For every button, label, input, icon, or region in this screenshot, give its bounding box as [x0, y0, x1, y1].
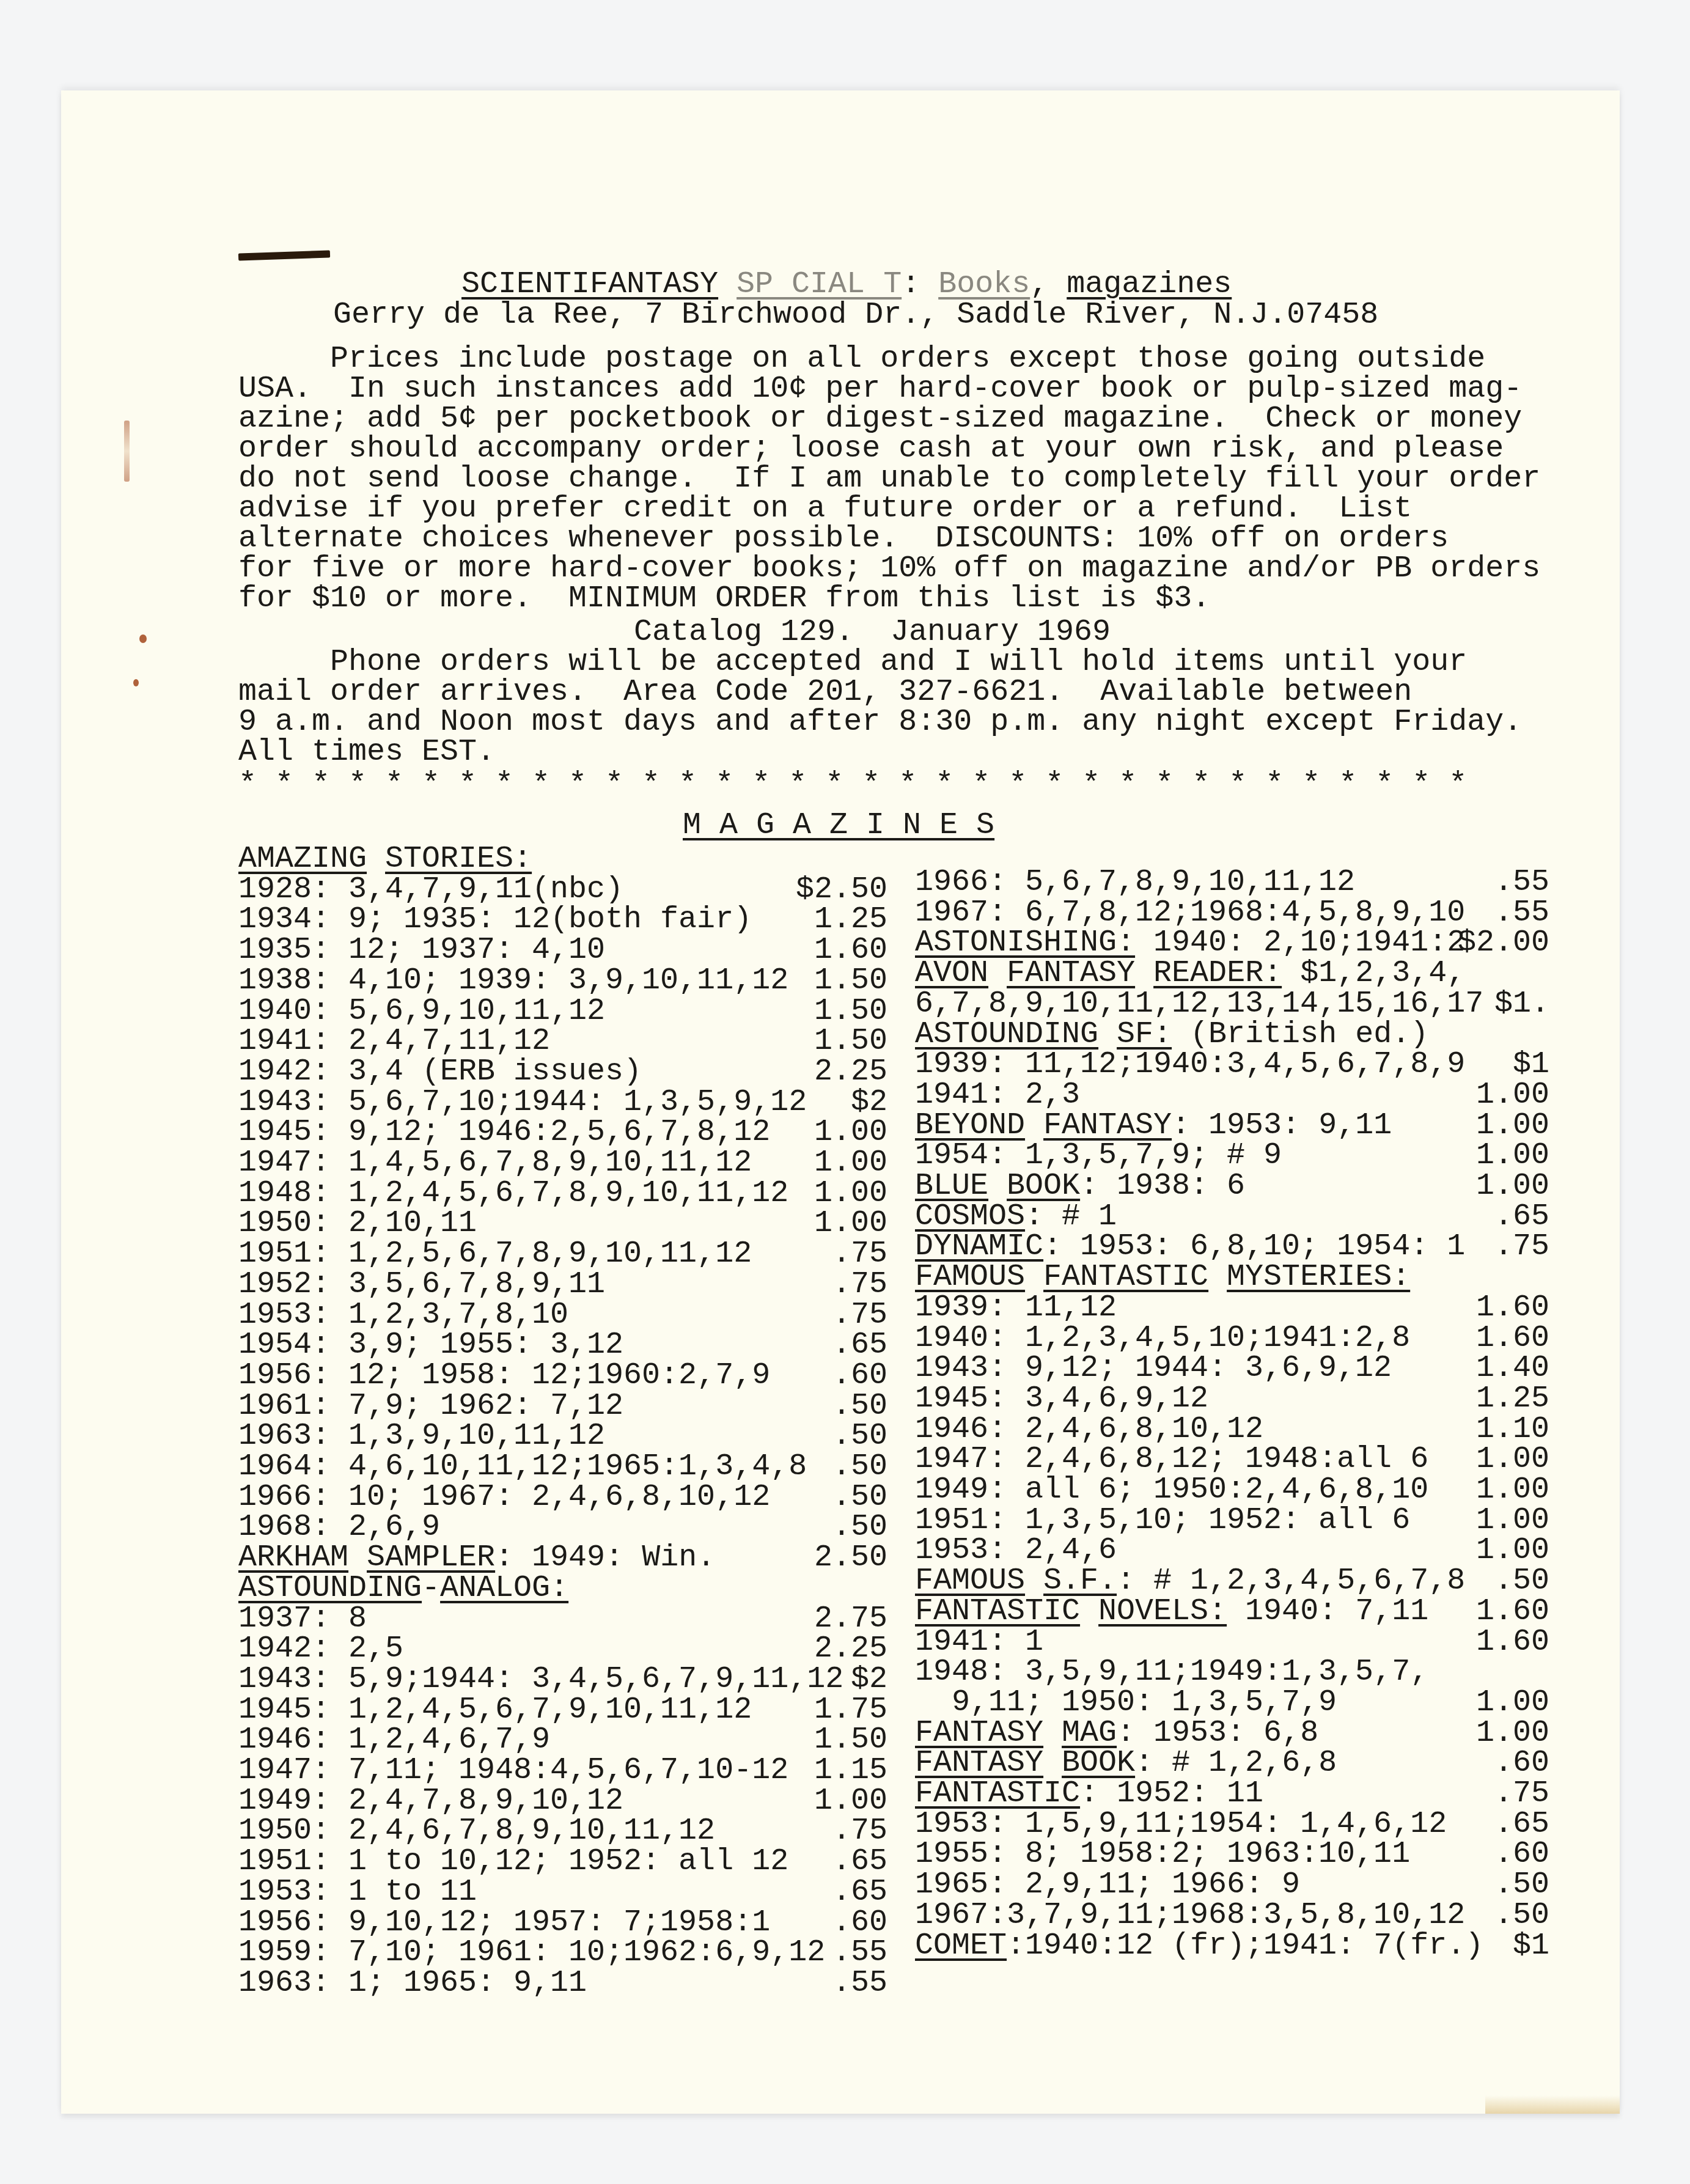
magazine-title: BLUE BOOK: 1938: 6 — [915, 1171, 1245, 1202]
title-segment — [718, 267, 737, 302]
magazine-title: FANTASY MAG: 1953: 6,8 — [915, 1718, 1318, 1749]
title-part — [367, 842, 385, 877]
price: 1.00 — [1476, 1079, 1549, 1111]
title-part — [1025, 1564, 1043, 1598]
issue-row: 1937: 8 — [238, 1603, 367, 1635]
issue-row: 1956: 9,10,12; 1957: 7;1958:1 — [238, 1907, 770, 1939]
price: .55 — [832, 1968, 887, 1999]
issue-row: 1953: 2,4,6 — [915, 1535, 1117, 1567]
price: 1.60 — [814, 935, 887, 966]
issue-row: 1954: 3,9; 1955: 3,12 — [238, 1329, 623, 1361]
title-part: ARKHAM — [238, 1540, 348, 1575]
title-part: FANTASY — [1007, 956, 1135, 991]
price: 1.25 — [814, 904, 887, 936]
title-part: 1940: 7,11 — [1227, 1594, 1428, 1629]
price: .50 — [832, 1482, 887, 1513]
issue-row: 1967: 6,7,8,12;1968:4,5,8,9,10 — [915, 897, 1465, 929]
title-part — [1080, 1594, 1098, 1629]
issue-row: 1968: 2,6,9 — [238, 1512, 440, 1543]
price: 2.25 — [814, 1633, 887, 1665]
magazine-title: FANTASY BOOK: # 1,2,6,8 — [915, 1748, 1337, 1779]
magazine-title: AMAZING STORIES: — [238, 844, 532, 875]
title-part — [1208, 1260, 1227, 1295]
issue-row: 1945: 1,2,4,5,6,7,9,10,11,12 — [238, 1694, 752, 1726]
paragraph-line: order should accompany order; loose cash… — [238, 433, 1504, 465]
price: .50 — [832, 1421, 887, 1452]
price: $2.00 — [1458, 927, 1549, 959]
magazine-title: ASTOUNDING-ANALOG: — [238, 1573, 568, 1605]
title-segment: Books — [938, 267, 1030, 302]
title-part: : # 1,2,3,4,5,6,7,8 — [1117, 1564, 1465, 1598]
price: 1.15 — [814, 1755, 887, 1787]
issue-row: 1943: 5,6,7,10;1944: 1,3,5,9,12 — [238, 1087, 807, 1119]
title-part: STORIES: — [385, 842, 532, 877]
issue-row: 1965: 2,9,11; 1966: 9 — [915, 1869, 1300, 1901]
title-part: AMAZING — [238, 842, 367, 877]
title-part: : # 1,2,6,8 — [1135, 1746, 1337, 1781]
price: 2.75 — [814, 1603, 887, 1635]
title-part: FANTASY — [915, 1746, 1043, 1781]
price: .75 — [832, 1269, 887, 1301]
paragraph-line: 9 a.m. and Noon most days and after 8:30… — [238, 707, 1522, 738]
issue-row: 1951: 1,3,5,10; 1952: all 6 — [915, 1505, 1410, 1537]
issue-row: 1947: 1,4,5,6,7,8,9,10,11,12 — [238, 1147, 752, 1179]
price: .65 — [1494, 1201, 1549, 1233]
issue-row: 1948: 1,2,4,5,6,7,8,9,10,11,12 — [238, 1178, 788, 1210]
title-part — [1043, 1716, 1062, 1751]
title-part: : 1953: 6,8 — [1117, 1716, 1318, 1751]
issue-row: 9,11; 1950: 1,3,5,7,9 — [915, 1687, 1337, 1719]
price: 1.00 — [1476, 1687, 1549, 1719]
title-part: ASTONISHING: — [915, 925, 1135, 960]
title-part: FANTASY — [915, 1716, 1043, 1751]
issue-row: 1950: 2,4,6,7,8,9,10,11,12 — [238, 1815, 715, 1847]
title-part: ASTOUNDING — [238, 1571, 422, 1606]
paragraph-line: for five or more hard-cover books; 10% o… — [238, 553, 1540, 585]
price: .50 — [832, 1451, 887, 1483]
price: .75 — [1494, 1231, 1549, 1263]
price: 1.00 — [814, 1178, 887, 1210]
issue-row: 1947: 2,4,6,8,12; 1948:all 6 — [915, 1444, 1428, 1476]
price: 1.00 — [1476, 1140, 1549, 1172]
title-part: COSMOS — [915, 1199, 1025, 1234]
title-part: FANTASY — [1043, 1108, 1172, 1143]
issue-row: 1951: 1,2,5,6,7,8,9,10,11,12 — [238, 1238, 752, 1270]
title-part — [348, 1540, 367, 1575]
title-part: MAG — [1062, 1716, 1117, 1751]
issue-row: 1942: 3,4 (ERB issues) — [238, 1056, 642, 1088]
title-part: FANTASTIC — [915, 1594, 1080, 1629]
issue-row: 6,7,8,9,10,11,12,13,14,15,16,17 — [915, 988, 1483, 1020]
issue-row: 1951: 1 to 10,12; 1952: all 12 — [238, 1846, 788, 1878]
paragraph-line: for $10 or more. MINIMUM ORDER from this… — [238, 583, 1210, 615]
price: .75 — [1494, 1778, 1549, 1810]
rust-stain — [133, 679, 139, 686]
price: 1.75 — [814, 1694, 887, 1726]
price: 1.00 — [814, 1147, 887, 1179]
title-part — [1025, 1260, 1043, 1295]
price: .75 — [832, 1815, 887, 1847]
title-part: MYSTERIES: — [1227, 1260, 1410, 1295]
issue-row: 1949: all 6; 1950:2,4,6,8,10 — [915, 1474, 1428, 1506]
paragraph-line: advise if you prefer credit on a future … — [238, 493, 1412, 525]
issue-row: 1945: 9,12; 1946:2,5,6,7,8,12 — [238, 1117, 770, 1149]
price: 1.60 — [1476, 1627, 1549, 1658]
title-part: - — [422, 1571, 440, 1606]
issue-row: 1941: 2,4,7,11,12 — [238, 1026, 550, 1057]
price: .60 — [832, 1360, 887, 1392]
price: 1.00 — [814, 1785, 887, 1817]
issue-row: 1942: 2,5 — [238, 1633, 403, 1665]
price: 1.00 — [1476, 1474, 1549, 1506]
price: .75 — [832, 1300, 887, 1331]
title-part: : 1953: 9,11 — [1172, 1108, 1392, 1143]
issue-row: 1947: 7,11; 1948:4,5,6,7,10-12 — [238, 1755, 788, 1787]
magazine-title: BEYOND FANTASY: 1953: 9,11 — [915, 1110, 1392, 1142]
price: 1.00 — [1476, 1505, 1549, 1537]
price: $1 — [1513, 1930, 1549, 1962]
price: .75 — [832, 1238, 887, 1270]
margin-dash-mark — [238, 250, 330, 260]
price: .55 — [1494, 867, 1549, 899]
issue-row: 1961: 7,9; 1962: 7,12 — [238, 1391, 623, 1422]
title-part: ANALOG: — [440, 1571, 568, 1606]
price: 1.60 — [1476, 1292, 1549, 1324]
title-part: BEYOND — [915, 1108, 1025, 1143]
title-segment: SCIENTIFANTASY — [461, 267, 718, 302]
issue-row: 1948: 3,5,9,11;1949:1,3,5,7, — [915, 1656, 1428, 1688]
title-part: : 1938: 6 — [1080, 1169, 1245, 1204]
issue-row: 1956: 12; 1958: 12;1960:2,7,9 — [238, 1360, 770, 1392]
price: .65 — [832, 1877, 887, 1908]
magazine-title: AVON FANTASY READER: $1,2,3,4, — [915, 958, 1465, 990]
issue-row: 1964: 4,6,10,11,12;1965:1,3,4,8 — [238, 1451, 807, 1483]
issue-row: 1963: 1; 1965: 9,11 — [238, 1968, 587, 1999]
paragraph-line: mail order arrives. Area Code 201, 327-6… — [238, 677, 1412, 708]
issue-row: 1946: 2,4,6,8,10,12 — [915, 1414, 1263, 1446]
issue-row: 1934: 9; 1935: 12(both fair) — [238, 904, 752, 936]
paragraph-line: Phone orders will be accepted and I will… — [238, 647, 1467, 678]
paragraph-line: USA. In such instances add 10¢ per hard-… — [238, 373, 1522, 405]
catalog-title: SCIENTIFANTASY SP CIAL T: Books, magazin… — [461, 269, 1232, 301]
magazine-title: FANTASTIC NOVELS: 1940: 7,11 — [915, 1596, 1428, 1628]
title-part — [1135, 956, 1153, 991]
magazine-title: FANTASTIC: 1952: 11 — [915, 1778, 1263, 1810]
title-part: READER: — [1153, 956, 1282, 991]
price: 1.00 — [814, 1208, 887, 1240]
issue-row: 1959: 7,10; 1961: 10;1962:6,9,12 — [238, 1937, 825, 1969]
title-part: : 1953: 6,8,10; 1954: 1 — [1043, 1229, 1465, 1264]
price: .50 — [1494, 1869, 1549, 1901]
title-part: : 1949: Win. — [495, 1540, 715, 1575]
issue-row: 1954: 1,3,5,7,9; # 9 — [915, 1140, 1282, 1172]
price: .50 — [1494, 1900, 1549, 1932]
issue-row: 1946: 1,2,4,6,7,9 — [238, 1724, 550, 1756]
price: 1.40 — [1476, 1353, 1549, 1384]
title-part: S.F. — [1043, 1564, 1117, 1598]
magazine-title: COSMOS: # 1 — [915, 1201, 1117, 1233]
issue-row: 1938: 4,10; 1939: 3,9,10,11,12 — [238, 965, 788, 997]
title-segment: SP CIAL T — [737, 267, 902, 302]
issue-row: 1953: 1,5,9,11;1954: 1,4,6,12 — [915, 1809, 1447, 1840]
paragraph-line: All times EST. — [238, 737, 495, 768]
price: $1 — [1513, 1049, 1549, 1081]
title-segment: magazines — [1067, 267, 1232, 302]
issue-row: 1966: 10; 1967: 2,4,6,8,10,12 — [238, 1482, 770, 1513]
catalog-number: Catalog 129. January 1969 — [634, 617, 1111, 649]
price: 1.00 — [1476, 1718, 1549, 1749]
address-line: Gerry de la Ree, 7 Birchwood Dr., Saddle… — [333, 300, 1378, 331]
title-part: FANTASTIC — [1043, 1260, 1208, 1295]
price: .60 — [832, 1907, 887, 1939]
price: $2 — [851, 1087, 887, 1119]
magazine-title: ASTOUNDING SF: (British ed.) — [915, 1019, 1428, 1051]
separator-stars: * * * * * * * * * * * * * * * * * * * * … — [238, 769, 1467, 801]
issue-row: 1967:3,7,9,11;1968:3,5,8,10,12 — [915, 1900, 1465, 1932]
title-part: BLUE — [915, 1169, 988, 1204]
magazine-title: DYNAMIC: 1953: 6,8,10; 1954: 1 — [915, 1231, 1465, 1263]
issue-row: 1928: 3,4,7,9,11(nbc) — [238, 874, 623, 906]
title-part: ASTOUNDING — [915, 1017, 1098, 1052]
paragraph-line: Prices include postage on all orders exc… — [238, 344, 1485, 375]
price: .50 — [832, 1512, 887, 1543]
price: 1.00 — [1476, 1535, 1549, 1567]
issue-row: 1940: 5,6,9,10,11,12 — [238, 996, 605, 1028]
price: 1.00 — [1476, 1444, 1549, 1476]
paragraph-line: azine; add 5¢ per pocketbook or digest-s… — [238, 403, 1522, 435]
price: 1.60 — [1476, 1323, 1549, 1355]
rust-stain — [139, 634, 147, 643]
price: $2.50 — [796, 874, 887, 906]
price: .60 — [1494, 1839, 1549, 1870]
issue-row: 1941: 2,3 — [915, 1079, 1080, 1111]
title-part — [1043, 1746, 1062, 1781]
price: 1.50 — [814, 996, 887, 1028]
title-segment: : — [902, 267, 938, 302]
price: .65 — [832, 1329, 887, 1361]
issue-row: 1953: 1 to 11 — [238, 1877, 477, 1908]
price: 2.25 — [814, 1056, 887, 1088]
issue-row: 1943: 5,9;1944: 3,4,5,6,7,9,11,12 — [238, 1664, 843, 1696]
title-part: SAMPLER — [367, 1540, 495, 1575]
magazine-title: FAMOUS FANTASTIC MYSTERIES: — [915, 1262, 1410, 1293]
issue-row: 1939: 11,12 — [915, 1292, 1117, 1324]
issue-row: 1941: 1 — [915, 1627, 1043, 1658]
price: 1.10 — [1476, 1414, 1549, 1446]
price: 1.60 — [1476, 1596, 1549, 1628]
price: 1.25 — [1476, 1383, 1549, 1415]
magazine-title: COMET:1940:12 (fr);1941: 7(fr.) — [915, 1930, 1483, 1962]
rust-stain — [124, 421, 130, 482]
price: .65 — [832, 1846, 887, 1878]
magazine-title: ASTONISHING: 1940: 2,10;1941:2 — [915, 927, 1465, 959]
title-part: BOOK — [1062, 1746, 1135, 1781]
price: .50 — [1494, 1565, 1549, 1597]
magazine-title: ARKHAM SAMPLER: 1949: Win. — [238, 1542, 715, 1574]
title-part: $1,2,3,4, — [1282, 956, 1465, 991]
price: 1.50 — [814, 1026, 887, 1057]
price: 1.00 — [814, 1117, 887, 1149]
title-part: COMET — [915, 1928, 1007, 1963]
title-part: FANTASTIC — [915, 1776, 1080, 1811]
title-part: BOOK — [1007, 1169, 1080, 1204]
title-part — [988, 956, 1007, 991]
issue-row: 1943: 9,12; 1944: 3,6,9,12 — [915, 1353, 1392, 1384]
title-part: SF: — [1117, 1017, 1172, 1052]
title-part: DYNAMIC — [915, 1229, 1043, 1264]
price: 2.50 — [814, 1542, 887, 1574]
title-part: FAMOUS — [915, 1564, 1025, 1598]
issue-row: 1939: 11,12;1940:3,4,5,6,7,8,9 — [915, 1049, 1465, 1081]
title-part: AVON — [915, 956, 988, 991]
paragraph-line: alternate choices whenever possible. DIS… — [238, 523, 1449, 555]
title-part: FAMOUS — [915, 1260, 1025, 1295]
magazine-title: FAMOUS S.F.: # 1,2,3,4,5,6,7,8 — [915, 1565, 1465, 1597]
title-part: : # 1 — [1025, 1199, 1117, 1234]
issue-row: 1952: 3,5,6,7,8,9,11 — [238, 1269, 605, 1301]
issue-row: 1953: 1,2,3,7,8,10 — [238, 1300, 568, 1331]
title-part: : 1952: 11 — [1080, 1776, 1263, 1811]
title-part — [988, 1169, 1007, 1204]
title-segment: , — [1030, 267, 1067, 302]
price: 1.00 — [1476, 1110, 1549, 1142]
section-heading-magazines: M A G A Z I N E S — [683, 810, 994, 842]
price: $2 — [851, 1664, 887, 1696]
title-part — [1025, 1108, 1043, 1143]
price: 1.00 — [1476, 1171, 1549, 1202]
issue-row: 1950: 2,10,11 — [238, 1208, 477, 1240]
price: .65 — [1494, 1809, 1549, 1840]
paragraph-line: do not send loose change. If I am unable… — [238, 463, 1540, 495]
issue-row: 1935: 12; 1937: 4,10 — [238, 935, 605, 966]
issue-row: 1945: 3,4,6,9,12 — [915, 1383, 1208, 1415]
title-part: :1940:12 (fr);1941: 7(fr.) — [1007, 1928, 1483, 1963]
price: .60 — [1494, 1748, 1549, 1779]
title-part — [1098, 1017, 1117, 1052]
price: .55 — [832, 1937, 887, 1969]
title-part: NOVELS: — [1098, 1594, 1227, 1629]
price: $1. — [1494, 988, 1549, 1020]
title-part: (British ed.) — [1172, 1017, 1428, 1052]
price: 1.50 — [814, 1724, 887, 1756]
issue-row: 1955: 8; 1958:2; 1963:10,11 — [915, 1839, 1410, 1870]
issue-row: 1940: 1,2,3,4,5,10;1941:2,8 — [915, 1323, 1410, 1355]
issue-row: 1966: 5,6,7,8,9,10,11,12 — [915, 867, 1355, 899]
title-part: 1940: 2,10;1941:2 — [1135, 925, 1465, 960]
issue-row: 1963: 1,3,9,10,11,12 — [238, 1421, 605, 1452]
price: 1.50 — [814, 965, 887, 997]
issue-row: 1949: 2,4,7,8,9,10,12 — [238, 1785, 623, 1817]
price: .50 — [832, 1391, 887, 1422]
price: .55 — [1494, 897, 1549, 929]
